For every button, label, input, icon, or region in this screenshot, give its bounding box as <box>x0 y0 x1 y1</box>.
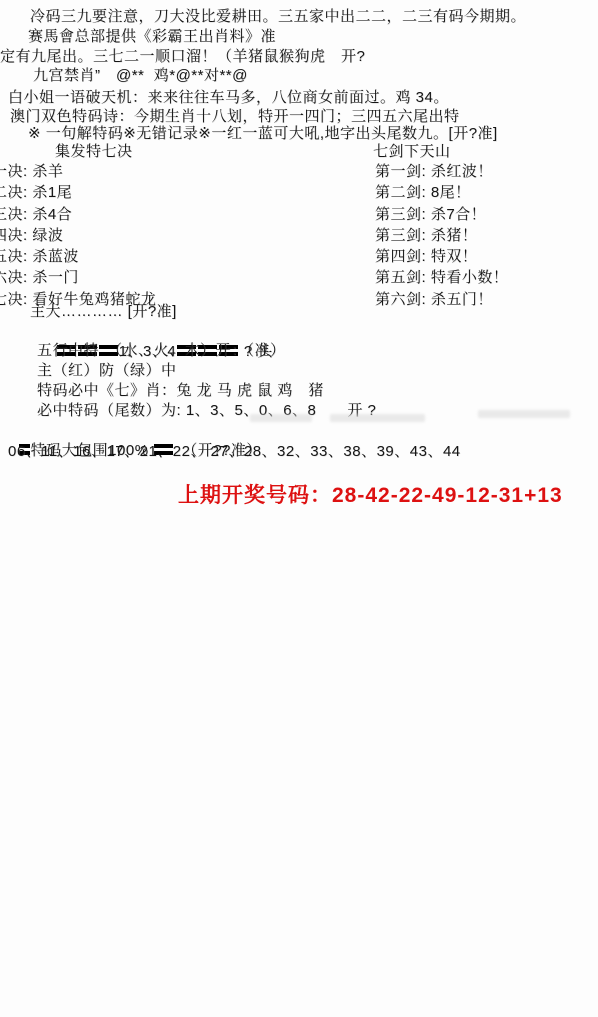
left-item-2: 二决: 杀1尾 <box>0 183 72 203</box>
right-column-header: 七剑下天山 <box>373 142 451 162</box>
left-item-6: 六决: 杀一门 <box>0 268 79 288</box>
lottery-tip-sheet: 冷码三九要注意，刀大没比爱耕田。三五家中出二二，二三有码今期期。 赛馬會总部提供… <box>0 0 598 1017</box>
right-item-4: 第三剑: 杀猪！ <box>375 226 477 246</box>
right-item-5: 第四剑: 特双！ <box>375 247 477 267</box>
right-item-3: 第三剑: 杀7合！ <box>375 205 486 225</box>
tail-numbers-line: 必中特码（尾数）为: 1、3、5、0、6、8 开 ? <box>37 401 376 421</box>
five-elements-line: 五行中特 （水、火、木）开：（准） <box>37 341 286 361</box>
poem-line-1: 冷码三九要注意，刀大没比爱耕田。三五家中出二二，二三有码今期期。 <box>30 7 526 27</box>
seven-zodiac-line: 特码必中《七》肖：兔 龙 马 虎 鼠 鸡 猪 <box>37 381 324 401</box>
left-item-3: 三决: 杀4合 <box>0 205 72 225</box>
left-item-1: 一决: 杀羊 <box>0 162 63 182</box>
one-sentence-line: ※ 一句解特码※无错记录※一红一蓝可大吼,地字出头尾数九。[开?准] <box>28 124 498 144</box>
jockey-club-line: 赛馬會总部提供《彩霸王出肖料》准 <box>28 27 276 47</box>
right-item-2: 第二剑: 8尾！ <box>375 183 471 203</box>
scan-smudge <box>250 414 312 422</box>
right-item-1: 第一剑: 杀红波！ <box>375 162 493 182</box>
left-column-header: 集发特七决 <box>55 142 133 162</box>
nine-palace-line: 九宫禁肖” @** 鸡*@**对**@ <box>33 66 248 86</box>
left-item-4: 四决: 绿波 <box>0 226 63 246</box>
right-item-7: 第六剑: 杀五门！ <box>375 290 493 310</box>
miss-bai-line: 白小姐一语破天机：来来往往车马多，八位商女前面过。鸡 34。 <box>8 88 449 108</box>
right-item-6: 第五剑: 特看小数！ <box>375 268 508 288</box>
left-item-5: 五决: 杀蓝波 <box>0 247 79 267</box>
scan-smudge <box>478 410 570 418</box>
red-green-line: 主（红）防（绿）中 <box>37 361 177 381</box>
numbers-row: 06、11、16、17、21、22、 27、28、32、33、38、39、43、… <box>8 442 461 462</box>
last-draw-numbers: 上期开奖号码：28-42-22-49-12-31+13 <box>178 479 563 509</box>
nine-tail-line: 定有九尾出。三七二一顺口溜！（羊猪鼠猴狗虎 开? <box>0 47 365 67</box>
main-big-line: 主大………… [开?准] <box>30 302 177 322</box>
scan-smudge <box>330 414 425 422</box>
